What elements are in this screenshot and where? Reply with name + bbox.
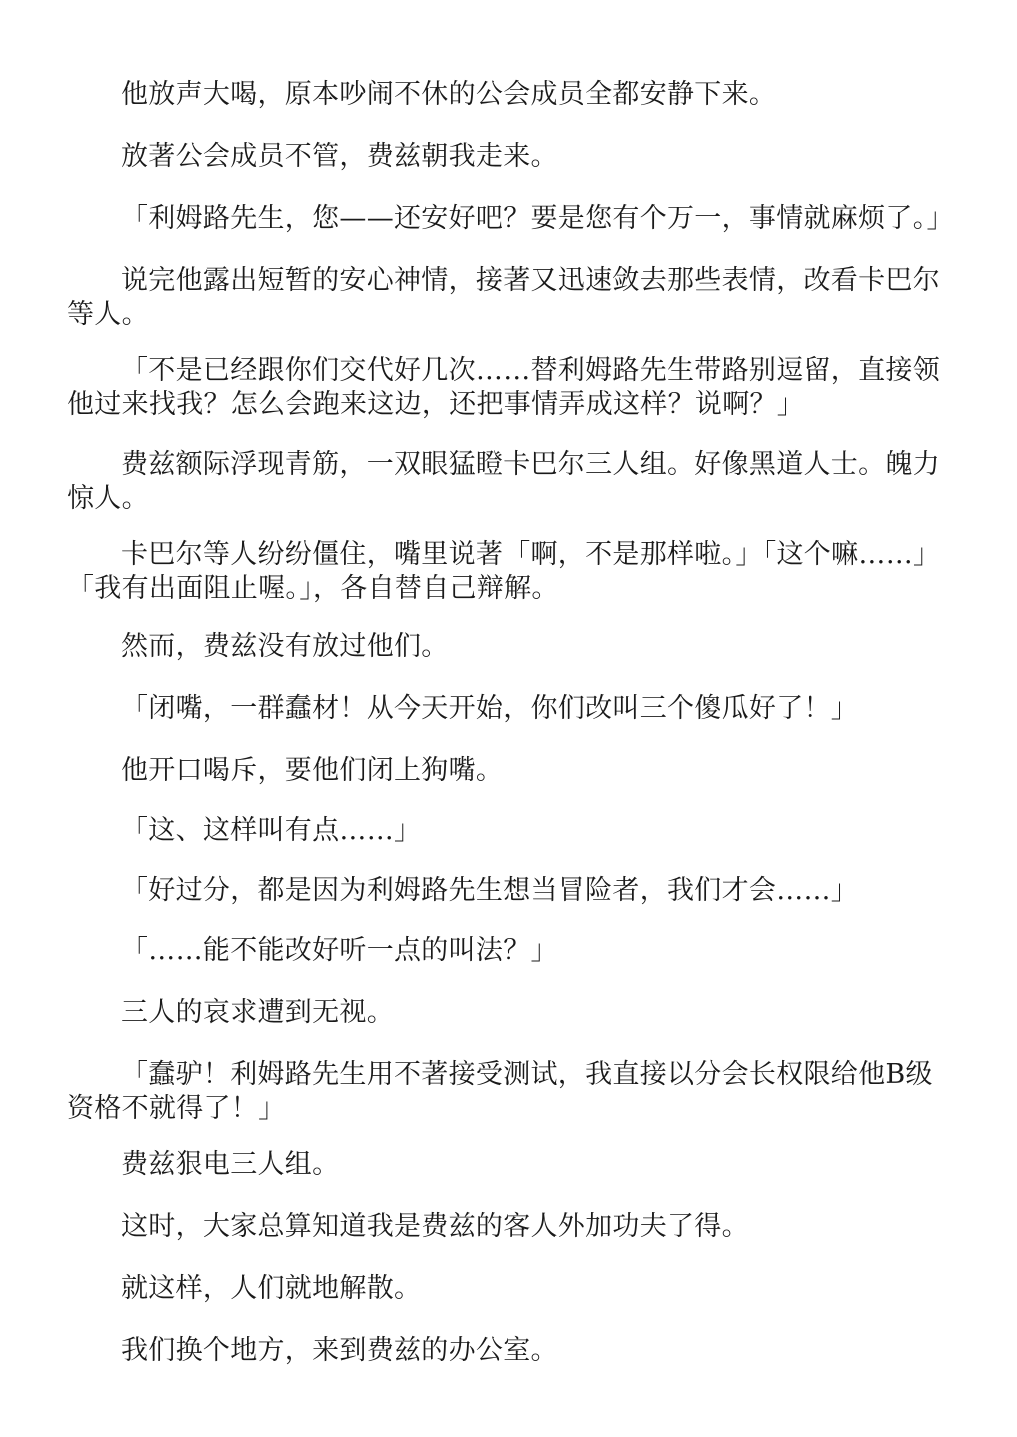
dialogue-paragraph: 「这、这样叫有点……」: [67, 814, 947, 848]
paragraph: 费兹狠电三人组。: [67, 1148, 947, 1182]
paragraph: 卡巴尔等人纷纷僵住，嘴里说著「啊，不是那样啦。」「这个嘛……」「我有出面阻止喔。…: [67, 538, 947, 606]
paragraph: 他开口喝斥，要他们闭上狗嘴。: [67, 754, 947, 788]
dialogue-paragraph: 「利姆路先生，您——还安好吧？要是您有个万一，事情就麻烦了。」: [67, 202, 947, 236]
dialogue-paragraph: 「蠢驴！利姆路先生用不著接受测试，我直接以分会长权限给他B级资格不就得了！」: [67, 1058, 947, 1126]
paragraph: 说完他露出短暂的安心神情，接著又迅速敛去那些表情，改看卡巴尔等人。: [67, 264, 947, 332]
paragraph: 放著公会成员不管，费兹朝我走来。: [67, 140, 947, 174]
paragraph: 这时，大家总算知道我是费兹的客人外加功夫了得。: [67, 1210, 947, 1244]
dialogue-paragraph: 「……能不能改好听一点的叫法？」: [67, 934, 947, 968]
paragraph: 他放声大喝，原本吵闹不休的公会成员全都安静下来。: [67, 78, 947, 112]
dialogue-paragraph: 「闭嘴，一群蠢材！从今天开始，你们改叫三个傻瓜好了！」: [67, 692, 947, 726]
dialogue-paragraph: 「好过分，都是因为利姆路先生想当冒险者，我们才会……」: [67, 874, 947, 908]
paragraph: 三人的哀求遭到无视。: [67, 996, 947, 1030]
paragraph: 费兹额际浮现青筋，一双眼猛瞪卡巴尔三人组。好像黑道人士。魄力惊人。: [67, 448, 947, 516]
dialogue-paragraph: 「不是已经跟你们交代好几次……替利姆路先生带路别逗留，直接领他过来找我？怎么会跑…: [67, 354, 947, 422]
paragraph: 我们换个地方，来到费兹的办公室。: [67, 1334, 947, 1368]
paragraph: 就这样，人们就地解散。: [67, 1272, 947, 1306]
paragraph: 然而，费兹没有放过他们。: [67, 630, 947, 664]
